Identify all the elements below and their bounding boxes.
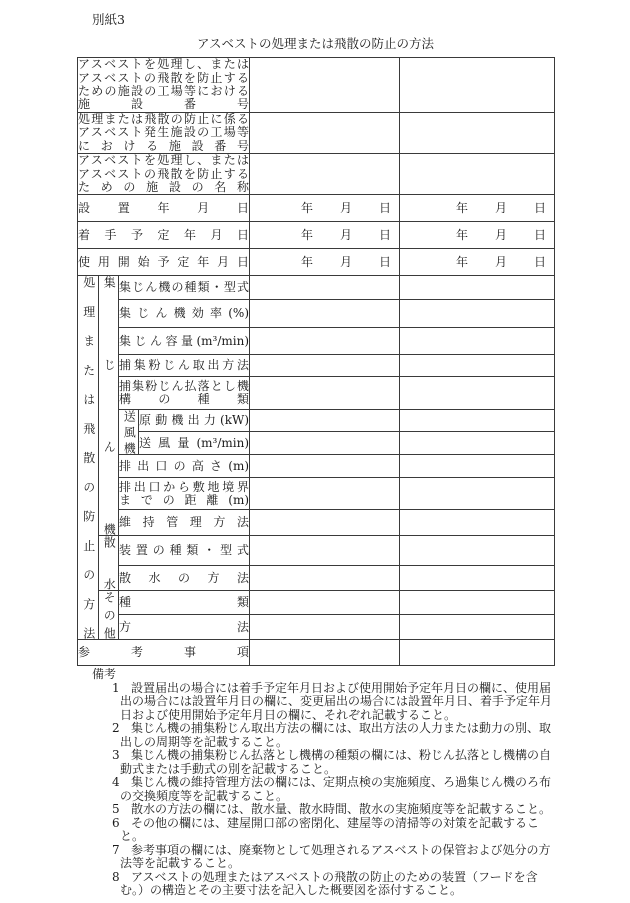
install-date-label: 設置年月日 bbox=[78, 195, 250, 222]
source-facility-number-value-1 bbox=[250, 113, 400, 154]
year-placeholder: 年 bbox=[301, 229, 313, 242]
label-line: 排出口の高さ(m) bbox=[119, 460, 249, 473]
table-row: 送風機 原動機出力(kW) bbox=[78, 410, 555, 432]
notes-section: 備考 1設置届出の場合には着手予定年月日および使用開始予定年月日の欄に、使用届出… bbox=[92, 668, 554, 898]
sprinkler-device-type-label: 装置の種類・型式 bbox=[119, 536, 250, 566]
date-placeholder: 年 月 日 bbox=[400, 229, 554, 242]
asbestos-form-table: アスベストを処理し、または アスベストの飛散を防止する ための施設の工場等におけ… bbox=[77, 57, 555, 666]
boundary-distance-label: 排出口から敷地境界 までの距離(m) bbox=[119, 478, 250, 510]
facility-name-label: アスベストを処理し、または アスベストの飛散を防止する ための施設の名称 bbox=[78, 154, 250, 195]
label-line: 送風量(m³/min) bbox=[139, 437, 249, 450]
month-placeholder: 月 bbox=[495, 202, 507, 215]
start-planned-date-label: 着手予定年月日 bbox=[78, 222, 250, 249]
note-item-6: 6その他の欄には、建屋開口部の密閉化、建屋等の清掃等の対策を記載すること。 bbox=[92, 817, 554, 844]
month-placeholder: 月 bbox=[495, 229, 507, 242]
dust-capacity-value-2 bbox=[400, 328, 555, 355]
table-row: 着手予定年月日 年 月 日 年 月 日 bbox=[78, 222, 555, 249]
day-placeholder: 日 bbox=[379, 229, 391, 242]
maintenance-method-value-1 bbox=[250, 510, 400, 536]
other-kind-label: 種類 bbox=[119, 591, 250, 615]
note-text: アスベストの処理またはアスベストの飛散の防止のための装置（フードを含む。）の構造… bbox=[120, 870, 538, 898]
label-line: ための施設の名称 bbox=[78, 181, 249, 194]
dust-extraction-label: 捕集粉じん取出方法 bbox=[119, 355, 250, 377]
label-line: 着手予定年月日 bbox=[78, 229, 249, 242]
table-row: 処理または飛散の防止に係る アスベスト発生施設の工場等 における施設番号 bbox=[78, 113, 555, 154]
label-line: 集じん機効率(%) bbox=[119, 307, 249, 320]
label-line: 方法 bbox=[119, 621, 249, 634]
label-line: アスベストの飛散を防止する bbox=[78, 168, 249, 181]
table-row: 排出口から敷地境界 までの距離(m) bbox=[78, 478, 555, 510]
note-text: 設置届出の場合には着手予定年月日および使用開始予定年月日の欄に、使用届出の場合に… bbox=[120, 681, 552, 722]
month-placeholder: 月 bbox=[340, 202, 352, 215]
dust-shaking-mechanism-label: 捕集粉じん払落とし機 構の種類 bbox=[119, 377, 250, 410]
sprinkling-method-label: 散水の方法 bbox=[119, 566, 250, 591]
day-placeholder: 日 bbox=[534, 256, 546, 269]
dust-shaking-mechanism-value-1 bbox=[250, 377, 400, 410]
boundary-distance-value-1 bbox=[250, 478, 400, 510]
use-start-planned-date-value-1: 年 月 日 bbox=[250, 249, 400, 276]
source-facility-number-value-2 bbox=[400, 113, 555, 154]
other-group-label: その他 bbox=[99, 591, 119, 640]
label-line: 散水の方法 bbox=[119, 572, 249, 585]
fan-airflow-value-1 bbox=[250, 432, 400, 455]
note-number: 2 bbox=[112, 722, 131, 736]
day-placeholder: 日 bbox=[534, 202, 546, 215]
sprinkling-method-value-1 bbox=[250, 566, 400, 591]
fan-motor-output-value-2 bbox=[400, 410, 555, 432]
fan-airflow-label: 送風量(m³/min) bbox=[139, 432, 250, 455]
label-line: 装置の種類・型式 bbox=[119, 544, 249, 557]
label-line: 施設番号 bbox=[78, 98, 249, 111]
day-placeholder: 日 bbox=[379, 202, 391, 215]
note-number: 3 bbox=[112, 749, 131, 763]
note-item-4: 4集じん機の維持管理方法の欄には、定期点検の実施頻度、ろ過集じん機のろ布の交換頻… bbox=[92, 776, 554, 803]
dust-efficiency-value-2 bbox=[400, 300, 555, 328]
other-method-value-2 bbox=[400, 615, 555, 640]
year-placeholder: 年 bbox=[456, 256, 468, 269]
date-placeholder: 年 月 日 bbox=[250, 202, 399, 215]
boundary-distance-value-2 bbox=[400, 478, 555, 510]
table-row: 集じん機効率(%) bbox=[78, 300, 555, 328]
month-placeholder: 月 bbox=[495, 256, 507, 269]
dust-extraction-value-1 bbox=[250, 355, 400, 377]
year-placeholder: 年 bbox=[301, 256, 313, 269]
dust-efficiency-value-1 bbox=[250, 300, 400, 328]
label-line: アスベスト発生施設の工場等 bbox=[78, 126, 249, 139]
note-number: 1 bbox=[112, 682, 131, 696]
remarks-label: 参考事項 bbox=[78, 640, 250, 666]
label-line: アスベストの飛散を防止する bbox=[78, 72, 249, 85]
facility-name-value-2 bbox=[400, 154, 555, 195]
table-row: アスベストを処理し、または アスベストの飛散を防止する ための施設の工場等におけ… bbox=[78, 58, 555, 113]
note-text: 散水の方法の欄には、散水量、散水時間、散水の実施頻度等を記載すること。 bbox=[131, 802, 551, 816]
date-placeholder: 年 月 日 bbox=[400, 202, 554, 215]
note-number: 8 bbox=[112, 871, 131, 885]
start-planned-date-value-2: 年 月 日 bbox=[400, 222, 555, 249]
facility-name-value-1 bbox=[250, 154, 400, 195]
date-placeholder: 年 月 日 bbox=[250, 256, 399, 269]
dust-shaking-mechanism-value-2 bbox=[400, 377, 555, 410]
outlet-height-value-1 bbox=[250, 455, 400, 478]
remarks-value-1 bbox=[250, 640, 400, 666]
table-row: 参考事項 bbox=[78, 640, 555, 666]
label-line: 集じん機の種類・型式 bbox=[119, 281, 249, 294]
label-line: 集じん容量(m³/min) bbox=[119, 335, 249, 348]
label-line: における施設番号 bbox=[78, 140, 249, 153]
page-title: アスベストの処理または飛散の防止の方法 bbox=[77, 34, 554, 52]
note-number: 7 bbox=[112, 844, 131, 858]
table-row: 散水 装置の種類・型式 bbox=[78, 536, 555, 566]
source-facility-number-label: 処理または飛散の防止に係る アスベスト発生施設の工場等 における施設番号 bbox=[78, 113, 250, 154]
dust-capacity-label: 集じん容量(m³/min) bbox=[119, 328, 250, 355]
label-line: 排出口から敷地境界 bbox=[119, 481, 249, 494]
maintenance-method-value-2 bbox=[400, 510, 555, 536]
table-row: 方法 bbox=[78, 615, 555, 640]
other-method-value-1 bbox=[250, 615, 400, 640]
start-planned-date-value-1: 年 月 日 bbox=[250, 222, 400, 249]
remarks-value-2 bbox=[400, 640, 555, 666]
note-item-1: 1設置届出の場合には着手予定年月日および使用開始予定年月日の欄に、使用届出の場合… bbox=[92, 682, 554, 723]
outlet-height-label: 排出口の高さ(m) bbox=[119, 455, 250, 478]
table-row: 処理または飛散の防止の方法 集じん機 集じん機の種類・型式 bbox=[78, 276, 555, 300]
table-row: 散水の方法 bbox=[78, 566, 555, 591]
fan-airflow-value-2 bbox=[400, 432, 555, 455]
dust-type-label: 集じん機の種類・型式 bbox=[119, 276, 250, 300]
note-item-2: 2集じん機の捕集粉じん取出方法の欄には、取出方法の人力または動力の別、取出しの周… bbox=[92, 722, 554, 749]
fan-motor-output-label: 原動機出力(kW) bbox=[139, 410, 250, 432]
note-item-8: 8アスベストの処理またはアスベストの飛散の防止のための装置（フードを含む。）の構… bbox=[92, 871, 554, 898]
month-placeholder: 月 bbox=[340, 256, 352, 269]
maintenance-method-label: 維持管理方法 bbox=[119, 510, 250, 536]
label-line: アスベストを処理し、または bbox=[78, 154, 249, 167]
note-text: 参考事項の欄には、廃棄物として処理されるアスベストの保管および処分の方法等を記載… bbox=[120, 843, 551, 871]
sprinkler-device-type-value-1 bbox=[250, 536, 400, 566]
table-row: アスベストを処理し、または アスベストの飛散を防止する ための施設の名称 bbox=[78, 154, 555, 195]
label-line: 使用開始予定年月日 bbox=[78, 256, 249, 269]
dust-collector-group-label: 集じん機 bbox=[99, 276, 119, 536]
table-row: 捕集粉じん取出方法 bbox=[78, 355, 555, 377]
label-line: アスベストを処理し、または bbox=[78, 58, 249, 71]
attachment-label: 別紙3 bbox=[92, 10, 125, 28]
document-page: 別紙3 アスベストの処理または飛散の防止の方法 アスベストを処理し、または アス… bbox=[0, 0, 630, 903]
sprinkling-group-label: 散水 bbox=[99, 536, 119, 591]
label-line: 捕集粉じん取出方法 bbox=[119, 359, 249, 372]
label-line: 維持管理方法 bbox=[119, 516, 249, 529]
table-row: 使用開始予定年月日 年 月 日 年 月 日 bbox=[78, 249, 555, 276]
dust-capacity-value-1 bbox=[250, 328, 400, 355]
month-placeholder: 月 bbox=[340, 229, 352, 242]
table-row: 維持管理方法 bbox=[78, 510, 555, 536]
sprinkling-method-value-2 bbox=[400, 566, 555, 591]
label-line: 種類 bbox=[119, 596, 249, 609]
dust-type-value-2 bbox=[400, 276, 555, 300]
outlet-height-value-2 bbox=[400, 455, 555, 478]
day-placeholder: 日 bbox=[379, 256, 391, 269]
table-row: その他 種類 bbox=[78, 591, 555, 615]
note-text: その他の欄には、建屋開口部の密閉化、建屋等の清掃等の対策を記載すること。 bbox=[120, 816, 539, 844]
label-line: 原動機出力(kW) bbox=[139, 414, 249, 427]
dust-efficiency-label: 集じん機効率(%) bbox=[119, 300, 250, 328]
notes-heading: 備考 bbox=[92, 668, 554, 682]
note-item-5: 5散水の方法の欄には、散水量、散水時間、散水の実施頻度等を記載すること。 bbox=[92, 803, 554, 817]
dust-extraction-value-2 bbox=[400, 355, 555, 377]
sprinkler-device-type-value-2 bbox=[400, 536, 555, 566]
use-start-planned-date-label: 使用開始予定年月日 bbox=[78, 249, 250, 276]
fan-motor-output-value-1 bbox=[250, 410, 400, 432]
use-start-planned-date-value-2: 年 月 日 bbox=[400, 249, 555, 276]
label-line: までの距離(m) bbox=[119, 494, 249, 507]
label-line: 設置年月日 bbox=[78, 202, 249, 215]
other-method-label: 方法 bbox=[119, 615, 250, 640]
note-text: 集じん機の捕集粉じん払落とし機構の種類の欄には、粉じん払落とし機構の自動式または… bbox=[120, 748, 551, 776]
other-kind-value-1 bbox=[250, 591, 400, 615]
fan-group-label: 送風機 bbox=[119, 410, 139, 455]
note-number: 5 bbox=[112, 803, 131, 817]
day-placeholder: 日 bbox=[534, 229, 546, 242]
note-item-3: 3集じん機の捕集粉じん払落とし機構の種類の欄には、粉じん払落とし機構の自動式また… bbox=[92, 749, 554, 776]
year-placeholder: 年 bbox=[456, 229, 468, 242]
table-row: 集じん容量(m³/min) bbox=[78, 328, 555, 355]
note-text: 集じん機の維持管理方法の欄には、定期点検の実施頻度、ろ過集じん機のろ布の交換頻度… bbox=[120, 775, 551, 803]
label-line: 構の種類 bbox=[119, 393, 249, 406]
facility-number-value-2 bbox=[400, 58, 555, 113]
table-row: 排出口の高さ(m) bbox=[78, 455, 555, 478]
label-line: 参考事項 bbox=[78, 646, 249, 659]
date-placeholder: 年 月 日 bbox=[250, 229, 399, 242]
note-number: 6 bbox=[112, 817, 131, 831]
other-kind-value-2 bbox=[400, 591, 555, 615]
method-section-side-label: 処理または飛散の防止の方法 bbox=[78, 276, 99, 640]
note-text: 集じん機の捕集粉じん取出方法の欄には、取出方法の人力または動力の別、取出しの周期… bbox=[120, 721, 551, 749]
table-row: 捕集粉じん払落とし機 構の種類 bbox=[78, 377, 555, 410]
dust-type-value-1 bbox=[250, 276, 400, 300]
facility-number-value-1 bbox=[250, 58, 400, 113]
install-date-value-1: 年 月 日 bbox=[250, 195, 400, 222]
table-row: 送風量(m³/min) bbox=[78, 432, 555, 455]
note-item-7: 7参考事項の欄には、廃棄物として処理されるアスベストの保管および処分の方法等を記… bbox=[92, 844, 554, 871]
install-date-value-2: 年 月 日 bbox=[400, 195, 555, 222]
table-row: 設置年月日 年 月 日 年 月 日 bbox=[78, 195, 555, 222]
facility-number-label: アスベストを処理し、または アスベストの飛散を防止する ための施設の工場等におけ… bbox=[78, 58, 250, 113]
year-placeholder: 年 bbox=[456, 202, 468, 215]
year-placeholder: 年 bbox=[301, 202, 313, 215]
note-number: 4 bbox=[112, 776, 131, 790]
date-placeholder: 年 月 日 bbox=[400, 256, 554, 269]
